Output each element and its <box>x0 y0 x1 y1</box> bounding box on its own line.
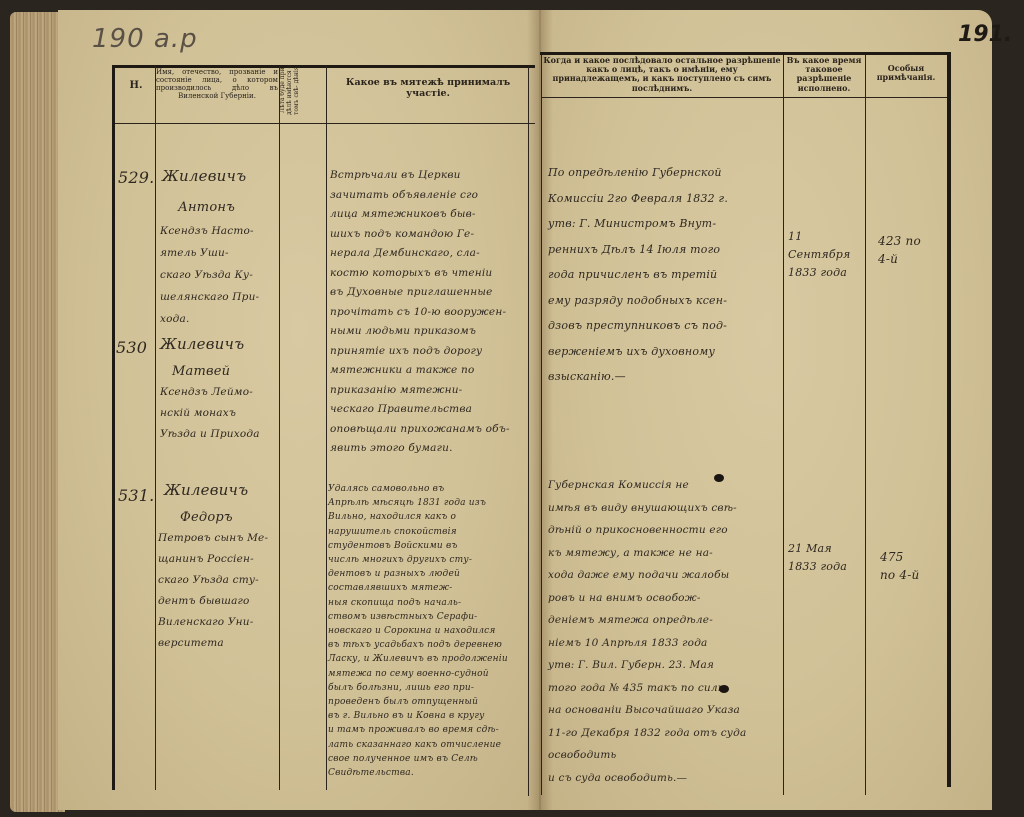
entry-participation: Удалясь самовольно въ Апрѣлѣ мѣсяцѣ 1831… <box>328 482 526 780</box>
participation-line: свое полученное имъ въ Селѣ <box>328 752 526 766</box>
column-rule-right-page-start <box>541 55 542 795</box>
header-notes: Особыя примѣчанія. <box>866 64 946 82</box>
entry-resolution: Губернская Комиссія не имѣя въ виду внуш… <box>548 474 782 789</box>
resolution-line: взысканію.— <box>548 364 782 390</box>
status-line: Ксендзъ Насто- <box>160 220 278 242</box>
entry-given-name: Федоръ <box>180 508 233 528</box>
table-left-border <box>112 65 115 790</box>
participation-line: ныя скопища подъ началь- <box>328 596 526 610</box>
page-stack-edges <box>10 12 65 812</box>
participation-line: былъ болѣзни, лишь его при- <box>328 681 526 695</box>
participation-line: дентовъ и разныхъ людей <box>328 567 526 581</box>
entry-surname: Жилевичъ <box>164 480 248 500</box>
participation-line: Ласку, и Жилевичъ въ продолженіи <box>328 652 526 666</box>
folio-number-left: 190 a.p <box>92 24 198 54</box>
entry-surname: Жилевичъ <box>160 334 244 354</box>
entry-executed: 11 Сентября 1833 года <box>788 228 864 282</box>
executed-line: 1833 года <box>788 558 864 576</box>
entry-number: 530 <box>116 338 147 358</box>
resolution-line: Комиссіи 2го Февраля 1832 г. <box>548 186 782 212</box>
header-bottom-rule-right <box>542 97 947 98</box>
participation-line: явить этого бумаги. <box>330 439 526 459</box>
participation-line: Удалясь самовольно въ <box>328 482 526 496</box>
resolution-line: утв: Г. Министромъ Внут- <box>548 211 782 237</box>
notes-line: 4-й <box>878 250 946 268</box>
entry-status: Ксендзъ Насто- ятель Уши- скаго Уѣзда Ку… <box>160 220 278 330</box>
entry-number: 529. <box>118 168 154 188</box>
status-line: верситета <box>158 633 278 654</box>
participation-line: ными людьми приказомъ <box>330 322 526 342</box>
participation-line: проведенъ былъ отпущенный <box>328 695 526 709</box>
status-line: дентъ бывшаго <box>158 591 278 612</box>
header-executed: Въ какое время таковое разрѣшеніе исполн… <box>784 56 864 93</box>
header-participation: Какое въ мятежѣ принималъ участіе. <box>328 78 528 100</box>
resolution-line: утв: Г. Вил. Губерн. 23. Мая <box>548 654 782 677</box>
table-right-border <box>947 52 951 787</box>
participation-line: въ тѣхъ усадьбахъ подъ деревнею <box>328 638 526 652</box>
participation-line: новскаго и Сорокина и находился <box>328 624 526 638</box>
status-line: шелянскаго При- <box>160 286 278 308</box>
ink-blot <box>714 474 724 482</box>
notes-line: 475 <box>880 548 946 566</box>
status-line: хода. <box>160 308 278 330</box>
participation-line: мятежа по сему военно-судной <box>328 667 526 681</box>
notes-line: 423 по <box>878 232 946 250</box>
participation-line: нарушитель спокойствія <box>328 525 526 539</box>
entry-given-name: Матвей <box>172 362 230 382</box>
participation-line: числѣ многихъ другихъ сту- <box>328 553 526 567</box>
column-rule-number <box>155 66 156 790</box>
status-line: Виленскаго Уни- <box>158 612 278 633</box>
resolution-line: дѣній о прикосновенности его <box>548 519 782 542</box>
participation-line: ствомъ извѣстныхъ Серафи- <box>328 610 526 624</box>
column-rule-resolution <box>783 55 784 795</box>
entry-executed: 21 Мая 1833 года <box>788 540 864 576</box>
status-line: Ксендзъ Леймо- <box>160 382 278 403</box>
resolution-line: ему разряду подобныхъ ксен- <box>548 288 782 314</box>
folio-number-right: 191. <box>958 22 1012 47</box>
entry-number: 531. <box>118 486 154 506</box>
notes-line: по 4-й <box>880 566 946 584</box>
participation-line: приказанію мятежни- <box>330 381 526 401</box>
resolution-line: дзовъ преступниковъ съ под- <box>548 313 782 339</box>
status-line: нскій монахъ <box>160 403 278 424</box>
status-line: скаго Уѣзда сту- <box>158 570 278 591</box>
participation-line: лать сказаннаго какъ отчисление <box>328 738 526 752</box>
entry-resolution: По опредѣленію Губернской Комиссіи 2го Ф… <box>548 160 782 390</box>
resolution-line: ніемъ 10 Апрѣля 1833 года <box>548 632 782 655</box>
status-line: Петровъ сынъ Ме- <box>158 528 278 549</box>
executed-line: 21 Мая <box>788 540 864 558</box>
participation-line: составлявшихъ мятеж- <box>328 581 526 595</box>
participation-line: Апрѣлѣ мѣсяцѣ 1831 года изъ <box>328 496 526 510</box>
header-vertical-notes: Лѣта буде при дѣлѣ имѣются о томъ свѣ- д… <box>280 60 326 120</box>
resolution-line: къ мятежу, а также не на- <box>548 542 782 565</box>
executed-line: 11 Сентября <box>788 228 864 264</box>
resolution-line: хода даже ему подачи жалобы <box>548 564 782 587</box>
header-number: Н. <box>118 80 154 92</box>
entry-status: Ксендзъ Леймо- нскій монахъ Уѣзда и Прих… <box>160 382 278 445</box>
entry-given-name: Антонъ <box>178 198 235 218</box>
resolution-line: 11-го Декабря 1832 года отъ суда освобод… <box>548 722 782 767</box>
participation-line: студентовъ Войскими въ <box>328 539 526 553</box>
entry-surname: Жилевичъ <box>162 166 246 186</box>
participation-line: зачитать объявленіе сго <box>330 186 526 206</box>
participation-line: и тамъ проживалъ во время сдѣ- <box>328 723 526 737</box>
participation-line: нерала Дембинскаго, сла- <box>330 244 526 264</box>
participation-line: въ Духовные приглашенные <box>330 283 526 303</box>
entry-notes: 423 по 4-й <box>878 232 946 268</box>
entry-notes: 475 по 4-й <box>880 548 946 584</box>
participation-line: мятежники а также по <box>330 361 526 381</box>
participation-line: принятіе ихъ подъ дорогу <box>330 342 526 362</box>
participation-line: костю которыхъ въ чтеніи <box>330 264 526 284</box>
resolution-line: По опредѣленію Губернской <box>548 160 782 186</box>
participation-line: оповѣщали прихожанамъ объ- <box>330 420 526 440</box>
header-name: Имя, отечество, прозваніе и состояніе ли… <box>156 68 278 100</box>
participation-line: ческаго Правительства <box>330 400 526 420</box>
column-rule-vertical <box>326 66 327 790</box>
status-line: Уѣзда и Прихода <box>160 424 278 445</box>
entry-participation: Встрѣчали въ Церкви зачитать объявленіе … <box>330 166 526 459</box>
status-line: щанинъ Россіен- <box>158 549 278 570</box>
participation-line: Вильно, находился какъ о <box>328 510 526 524</box>
resolution-line: верженіемъ ихъ духовному <box>548 339 782 365</box>
column-rule-name <box>279 66 280 790</box>
executed-line: 1833 года <box>788 264 864 282</box>
resolution-line: того года № 435 такъ по силѣ <box>548 677 782 700</box>
resolution-line: года причисленъ въ третій <box>548 262 782 288</box>
resolution-line: на основаніи Высочайшаго Указа <box>548 699 782 722</box>
open-ledger-book: 190 a.p 191. Н. Имя, отечество, прозвані… <box>0 0 1024 817</box>
resolution-line: ровъ и на внимъ освобож- <box>548 587 782 610</box>
participation-line: Свидѣтельства. <box>328 766 526 780</box>
ink-blot <box>719 685 729 693</box>
status-line: скаго Уѣзда Ку- <box>160 264 278 286</box>
resolution-line: и съ суда освободить.— <box>548 767 782 790</box>
participation-line: въ г. Вильно въ и Ковна в кругу <box>328 709 526 723</box>
resolution-line: имѣя въ виду внушающихъ свѣ- <box>548 497 782 520</box>
header-bottom-rule-left <box>115 123 535 124</box>
entry-status: Петровъ сынъ Ме- щанинъ Россіен- скаго У… <box>158 528 278 654</box>
resolution-line: реннихъ Дѣлъ 14 Іюля того <box>548 237 782 263</box>
participation-line: лица мятежниковъ быв- <box>330 205 526 225</box>
header-resolution: Когда и какое послѣдовало остальное разр… <box>542 56 782 93</box>
participation-line: прочітать съ 10-ю вооружен- <box>330 303 526 323</box>
column-rule-executed <box>865 55 866 795</box>
resolution-line: Губернская Комиссія не <box>548 474 782 497</box>
status-line: ятель Уши- <box>160 242 278 264</box>
resolution-line: деніемъ мятежа опредѣле- <box>548 609 782 632</box>
participation-line: шихъ подъ командою Ге- <box>330 225 526 245</box>
column-rule-left-page-end <box>528 66 529 796</box>
participation-line: Встрѣчали въ Церкви <box>330 166 526 186</box>
